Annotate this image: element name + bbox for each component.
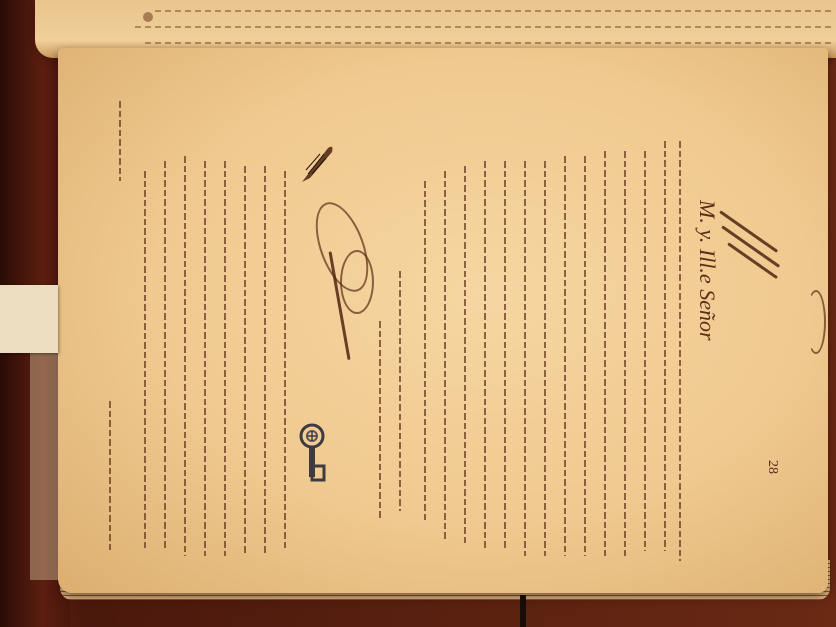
facing-page-text-line	[135, 26, 835, 28]
key-stamp-icon	[298, 422, 326, 486]
page-number: 28	[764, 460, 780, 474]
facing-page-text-line	[155, 10, 835, 12]
ink-stain	[143, 12, 153, 22]
page-heading: M. y. Ill.e Señor	[694, 200, 720, 341]
bookmark-shadow	[30, 350, 58, 580]
bookmark-slip	[0, 285, 58, 353]
facing-page-text-line	[145, 42, 835, 44]
ribbon-marker	[520, 595, 526, 627]
manuscript-photo: M. y. Ill.e Señor 28 D.n Diego de Loaiza…	[0, 0, 836, 627]
quill-stamp-icon	[298, 140, 338, 186]
